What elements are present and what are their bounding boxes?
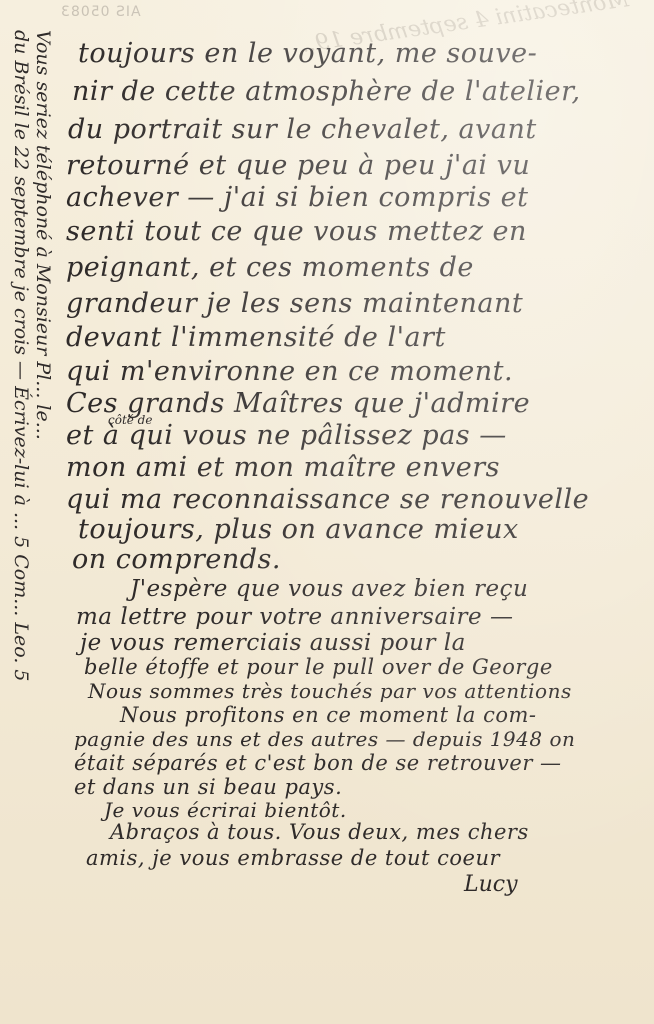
archive-stamp: AIS 05083: [60, 4, 141, 20]
body-line: Abraços à tous. Vous deux, mes chers: [110, 820, 529, 844]
body-line: était séparés et c'est bon de se retrouv…: [74, 751, 562, 775]
body-line: Je vous écrirai bientôt.: [104, 798, 347, 822]
left-margin-notes: Vous seriez téléphoné à Monsieur Pl... l…: [8, 30, 68, 990]
body-line: Ces grands Maîtres que j'admire: [66, 388, 530, 419]
body-line: du portrait sur le chevalet, avant: [68, 114, 537, 145]
body-line: achever — j'ai si bien compris et: [66, 182, 529, 213]
body-line: qui m'environne en ce moment.: [66, 356, 513, 387]
body-line: toujours en le voyant, me souve-: [78, 38, 537, 69]
body-line: toujours, plus on avance mieux: [78, 514, 519, 545]
body-line: qui ma reconnaissance se renouvelle: [66, 484, 589, 515]
margin-line-2: du Brésil le 22 septembre je crois — Écr…: [10, 30, 32, 682]
interlinear-insert: côté de: [108, 413, 152, 427]
body-line: nir de cette atmosphère de l'atelier,: [72, 76, 581, 107]
body-line: je vous remerciais aussi pour la: [80, 630, 466, 656]
body-line: devant l'immensité de l'art: [66, 322, 446, 353]
body-line: senti tout ce que vous mettez en: [66, 216, 527, 247]
body-line: et dans un si beau pays.: [74, 775, 342, 799]
signature-lucy: Lucy: [464, 872, 518, 897]
body-line: Nous sommes très touchés par vos attenti…: [88, 679, 572, 703]
body-line: J'espère que vous avez bien reçu: [130, 576, 528, 602]
body-line: amis, je vous embrasse de tout coeur: [86, 846, 500, 870]
body-line: Nous profitons en ce moment la com-: [120, 703, 537, 727]
body-line: retourné et que peu à peu j'ai vu: [66, 150, 530, 181]
body-line: et à qui vous ne pâlissez pas —: [66, 420, 507, 451]
body-line: grandeur je les sens maintenant: [66, 288, 523, 319]
body-line: mon ami et mon maître envers: [66, 452, 500, 483]
margin-line-1: Vous seriez téléphoné à Monsieur Pl... l…: [32, 30, 54, 440]
body-line: on comprends.: [72, 544, 281, 575]
body-line: pagnie des uns et des autres — depuis 19…: [74, 727, 575, 751]
body-line: peignant, et ces moments de: [66, 252, 474, 283]
body-line: belle étoffe et pour le pull over de Geo…: [84, 655, 553, 679]
letter-page: AIS 05083 Montecatini 4 septembre 19.. V…: [0, 0, 654, 1024]
body-line: ma lettre pour votre anniversaire —: [76, 604, 513, 630]
bleed-through-header: Montecatini 4 septembre 19..: [300, 0, 630, 58]
